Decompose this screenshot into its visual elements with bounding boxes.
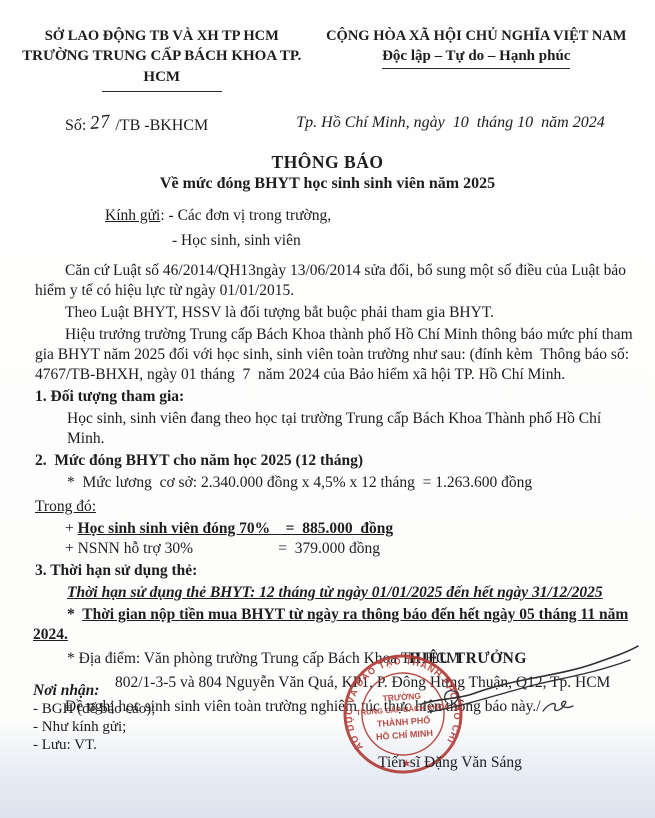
plus-sign: + <box>65 520 78 537</box>
stamp-center-4: HỒ CHÍ MINH <box>376 727 434 742</box>
noi-nhan-item-1: - BGH (để báo cáo); <box>33 700 155 718</box>
paragraph-basis-1: Căn cứ Luật số 46/2014/QH13ngày 13/06/20… <box>35 261 637 281</box>
letterhead-rule <box>102 91 222 92</box>
recipients-sep: : <box>160 207 168 224</box>
stamp-center-1: TRƯỜNG <box>382 690 421 704</box>
validity-line: Thời hạn sử dụng thẻ BHYT: 12 tháng từ n… <box>67 583 637 603</box>
motto: Độc lập – Tự do – Hạnh phúc <box>382 46 570 69</box>
doc-meta-row: Số: 27 /TB -BKHCM Tp. Hồ Chí Minh, ngày … <box>0 114 655 136</box>
recipients-label: Kính gửi <box>105 207 160 224</box>
signature-block: HIỆU TRƯỞNG SỞ GIÁO DỤC VÀ ĐÀO TẠO THÀNH… <box>0 638 655 818</box>
trong-do-label: Trong đó: <box>35 497 637 517</box>
paragraph-announce-2: gia BHYT năm 2025 đối với học sinh, sinh… <box>35 345 637 365</box>
recipients-line: Kính gửi: - Các đơn vị trong trường, <box>105 206 637 226</box>
national-motto-block: CỘNG HÒA XÃ HỘI CHỦ NGHĨA VIỆT NAM Độc l… <box>312 26 641 92</box>
doc-subtitle: Về mức đóng BHYT học sinh sinh viên năm … <box>0 174 655 194</box>
paragraph-law: Theo Luật BHYT, HSSV là đối tượng bắt bu… <box>35 303 637 323</box>
section-1-body: Học sinh, sinh viên đang theo học tại tr… <box>67 409 637 449</box>
letterhead: SỞ LAO ĐỘNG TB VÀ XH TP HCM TRƯỜNG TRUNG… <box>0 0 655 92</box>
doc-number-label: Số: <box>65 117 90 134</box>
doc-number-suffix: /TB -BKHCM <box>111 117 208 134</box>
payment-deadline-text: Thời gian nộp tiền mua BHYT từ ngày ra t… <box>82 606 628 623</box>
doc-number: Số: 27 /TB -BKHCM <box>65 114 208 136</box>
parent-org-name: SỞ LAO ĐỘNG TB VÀ XH TP HCM <box>12 26 312 46</box>
student-share-line: + Học sinh sinh viên đóng 70% = 885.000 … <box>65 519 637 539</box>
payment-deadline-line-1: * Thời gian nộp tiền mua BHYT từ ngày ra… <box>67 605 637 625</box>
issuing-org-block: SỞ LAO ĐỘNG TB VÀ XH TP HCM TRƯỜNG TRUNG… <box>12 26 312 92</box>
recipients-footer-block: Nơi nhận: - BGH (để báo cáo); - Như kính… <box>33 682 155 754</box>
doc-title: THÔNG BÁO <box>0 152 655 172</box>
section-3-heading: 3. Thời hạn sử dụng thẻ: <box>35 561 637 581</box>
handwritten-number: 27 <box>89 111 112 135</box>
section-1-heading: 1. Đối tượng tham gia: <box>35 387 637 407</box>
signer-name: Tiến sĩ Đặng Văn Sáng <box>360 754 540 772</box>
school-name: TRƯỜNG TRUNG CẤP BÁCH KHOA TP. HCM <box>12 46 312 88</box>
paragraph-announce-3: 4767/TB-BHXH, ngày 01 tháng 7 năm 2024 c… <box>35 365 637 385</box>
place-and-date: Tp. Hồ Chí Minh, ngày 10 tháng 10 năm 20… <box>296 114 604 136</box>
student-share-value: Học sinh sinh viên đóng 70% = 885.000 đồ… <box>78 520 393 537</box>
country-title: CỘNG HÒA XÃ HỘI CHỦ NGHĨA VIỆT NAM <box>312 26 641 46</box>
asterisk: * <box>67 606 82 623</box>
validity-text: Thời hạn sử dụng thẻ BHYT: 12 tháng từ n… <box>67 584 603 601</box>
section-2-heading: 2. Mức đóng BHYT cho năm học 2025 (12 th… <box>35 451 637 471</box>
noi-nhan-label: Nơi nhận: <box>33 682 155 700</box>
recipient-2: - Học sinh, sinh viên <box>172 231 637 251</box>
state-share-line: + NSNN hỗ trợ 30% = 379.000 đồng <box>65 539 637 559</box>
noi-nhan-item-2: - Như kính gửi; <box>33 718 155 736</box>
noi-nhan-item-3: - Lưu: VT. <box>33 736 155 754</box>
base-salary-line: * Mức lương cơ sở: 2.340.000 đồng x 4,5%… <box>67 473 637 493</box>
paragraph-announce-1: Hiệu trưởng trường Trung cấp Bách Khoa t… <box>35 325 637 345</box>
recipient-1: - Các đơn vị trong trường, <box>169 207 332 224</box>
paragraph-basis-2: hiểm y tế có hiệu lực từ ngày 01/01/2015… <box>35 281 637 301</box>
scanned-document: SỞ LAO ĐỘNG TB VÀ XH TP HCM TRƯỜNG TRUNG… <box>0 0 655 818</box>
handwritten-signature <box>418 642 643 728</box>
